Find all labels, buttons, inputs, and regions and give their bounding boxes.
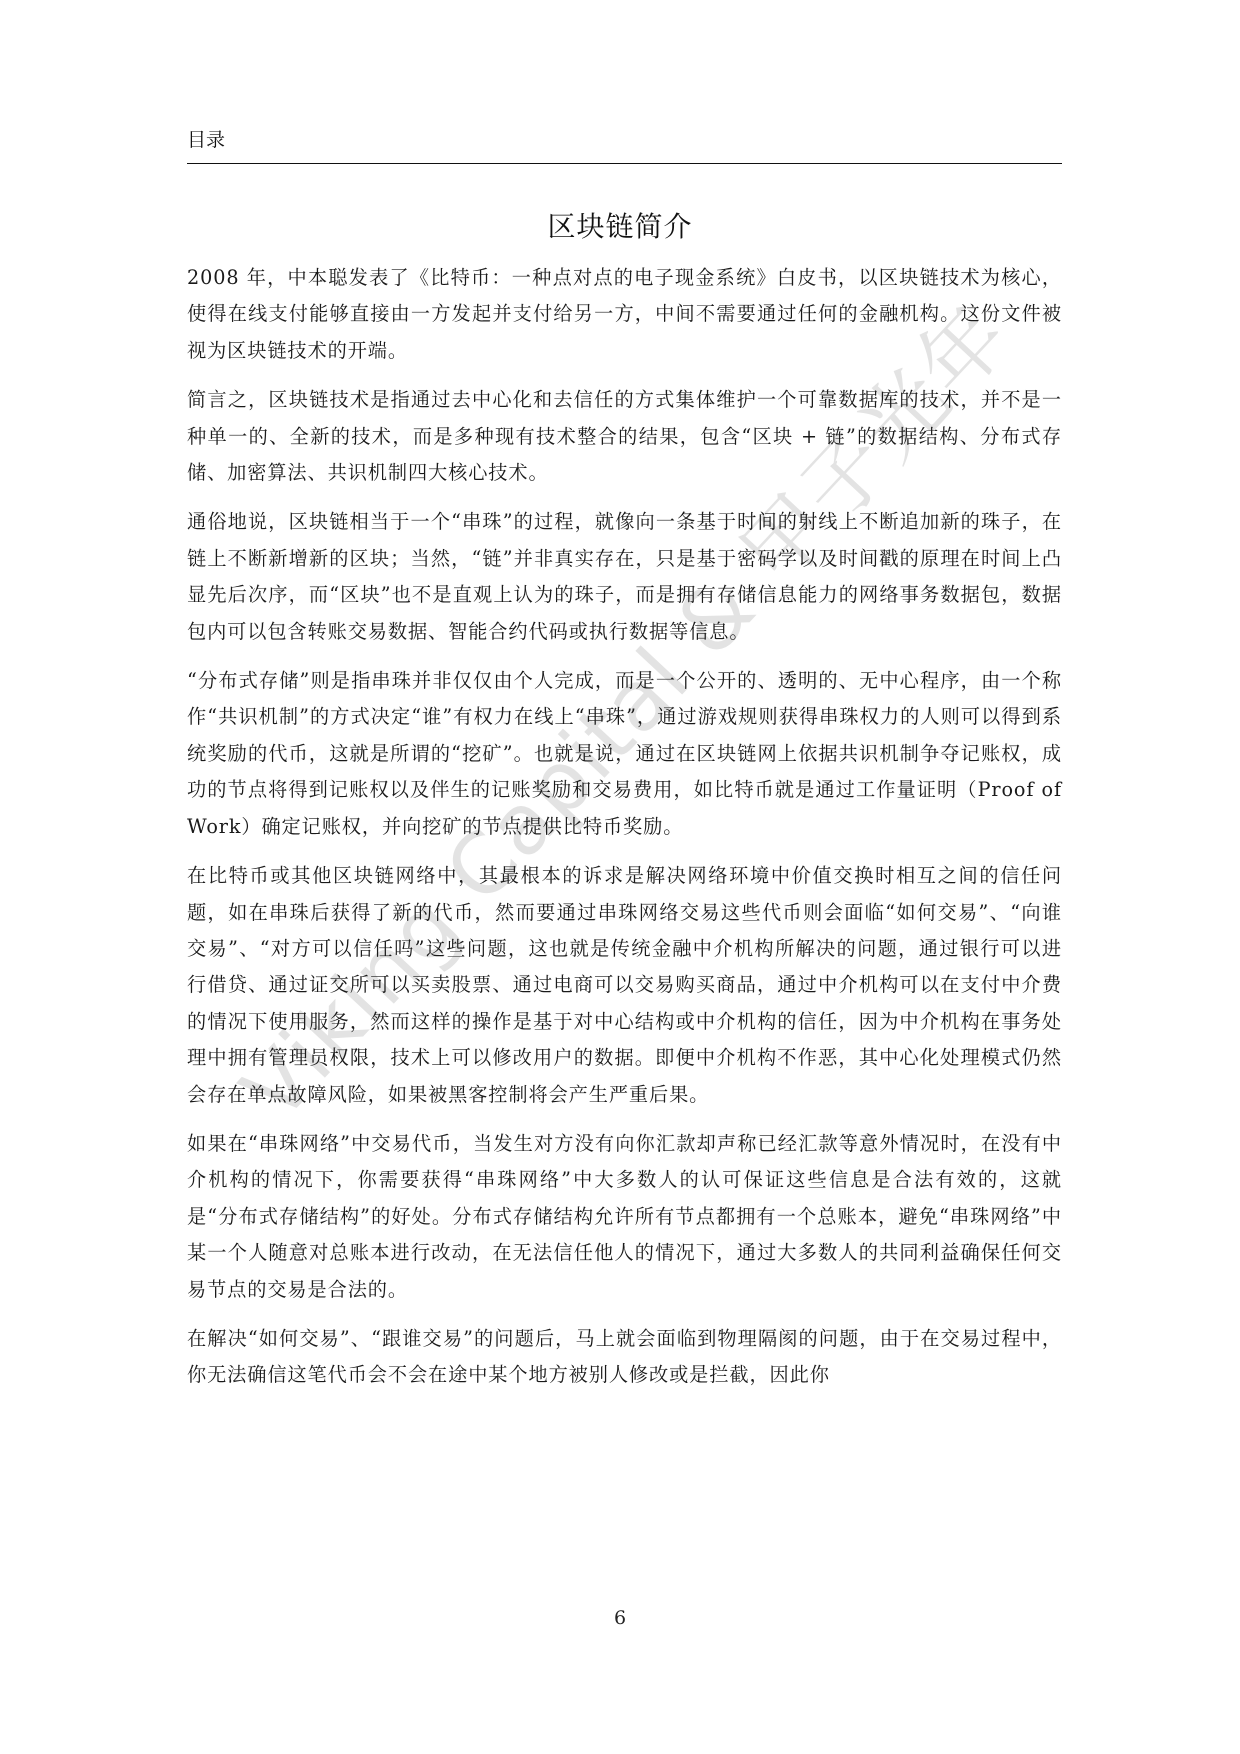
paragraph: “分布式存储”则是指串珠并非仅仅由个人完成，而是一个公开的、透明的、无中心程序，…	[187, 663, 1062, 845]
running-header: 目录	[187, 128, 1062, 164]
paragraph: 简言之，区块链技术是指通过去中心化和去信任的方式集体维护一个可靠数据库的技术，并…	[187, 382, 1062, 491]
paragraph: 2008 年，中本聪发表了《比特币：一种点对点的电子现金系统》白皮书，以区块链技…	[187, 260, 1062, 369]
paragraph: 如果在“串珠网络”中交易代币，当发生对方没有向你汇款却声称已经汇款等意外情况时，…	[187, 1126, 1062, 1308]
running-header-title: 目录	[187, 128, 1062, 152]
page-title: 区块链简介	[0, 205, 1240, 245]
body-text: 2008 年，中本聪发表了《比特币：一种点对点的电子现金系统》白皮书，以区块链技…	[187, 260, 1062, 1407]
paragraph: 在解决“如何交易”、“跟谁交易”的问题后，马上就会面临到物理隔阂的问题，由于在交…	[187, 1321, 1062, 1394]
header-rule	[187, 163, 1062, 164]
paragraph: 通俗地说，区块链相当于一个“串珠”的过程，就像向一条基于时间的射线上不断追加新的…	[187, 504, 1062, 650]
paragraph: 在比特币或其他区块链网络中，其最根本的诉求是解决网络环境中价值交换时相互之间的信…	[187, 858, 1062, 1113]
page-number: 6	[0, 1607, 1240, 1629]
